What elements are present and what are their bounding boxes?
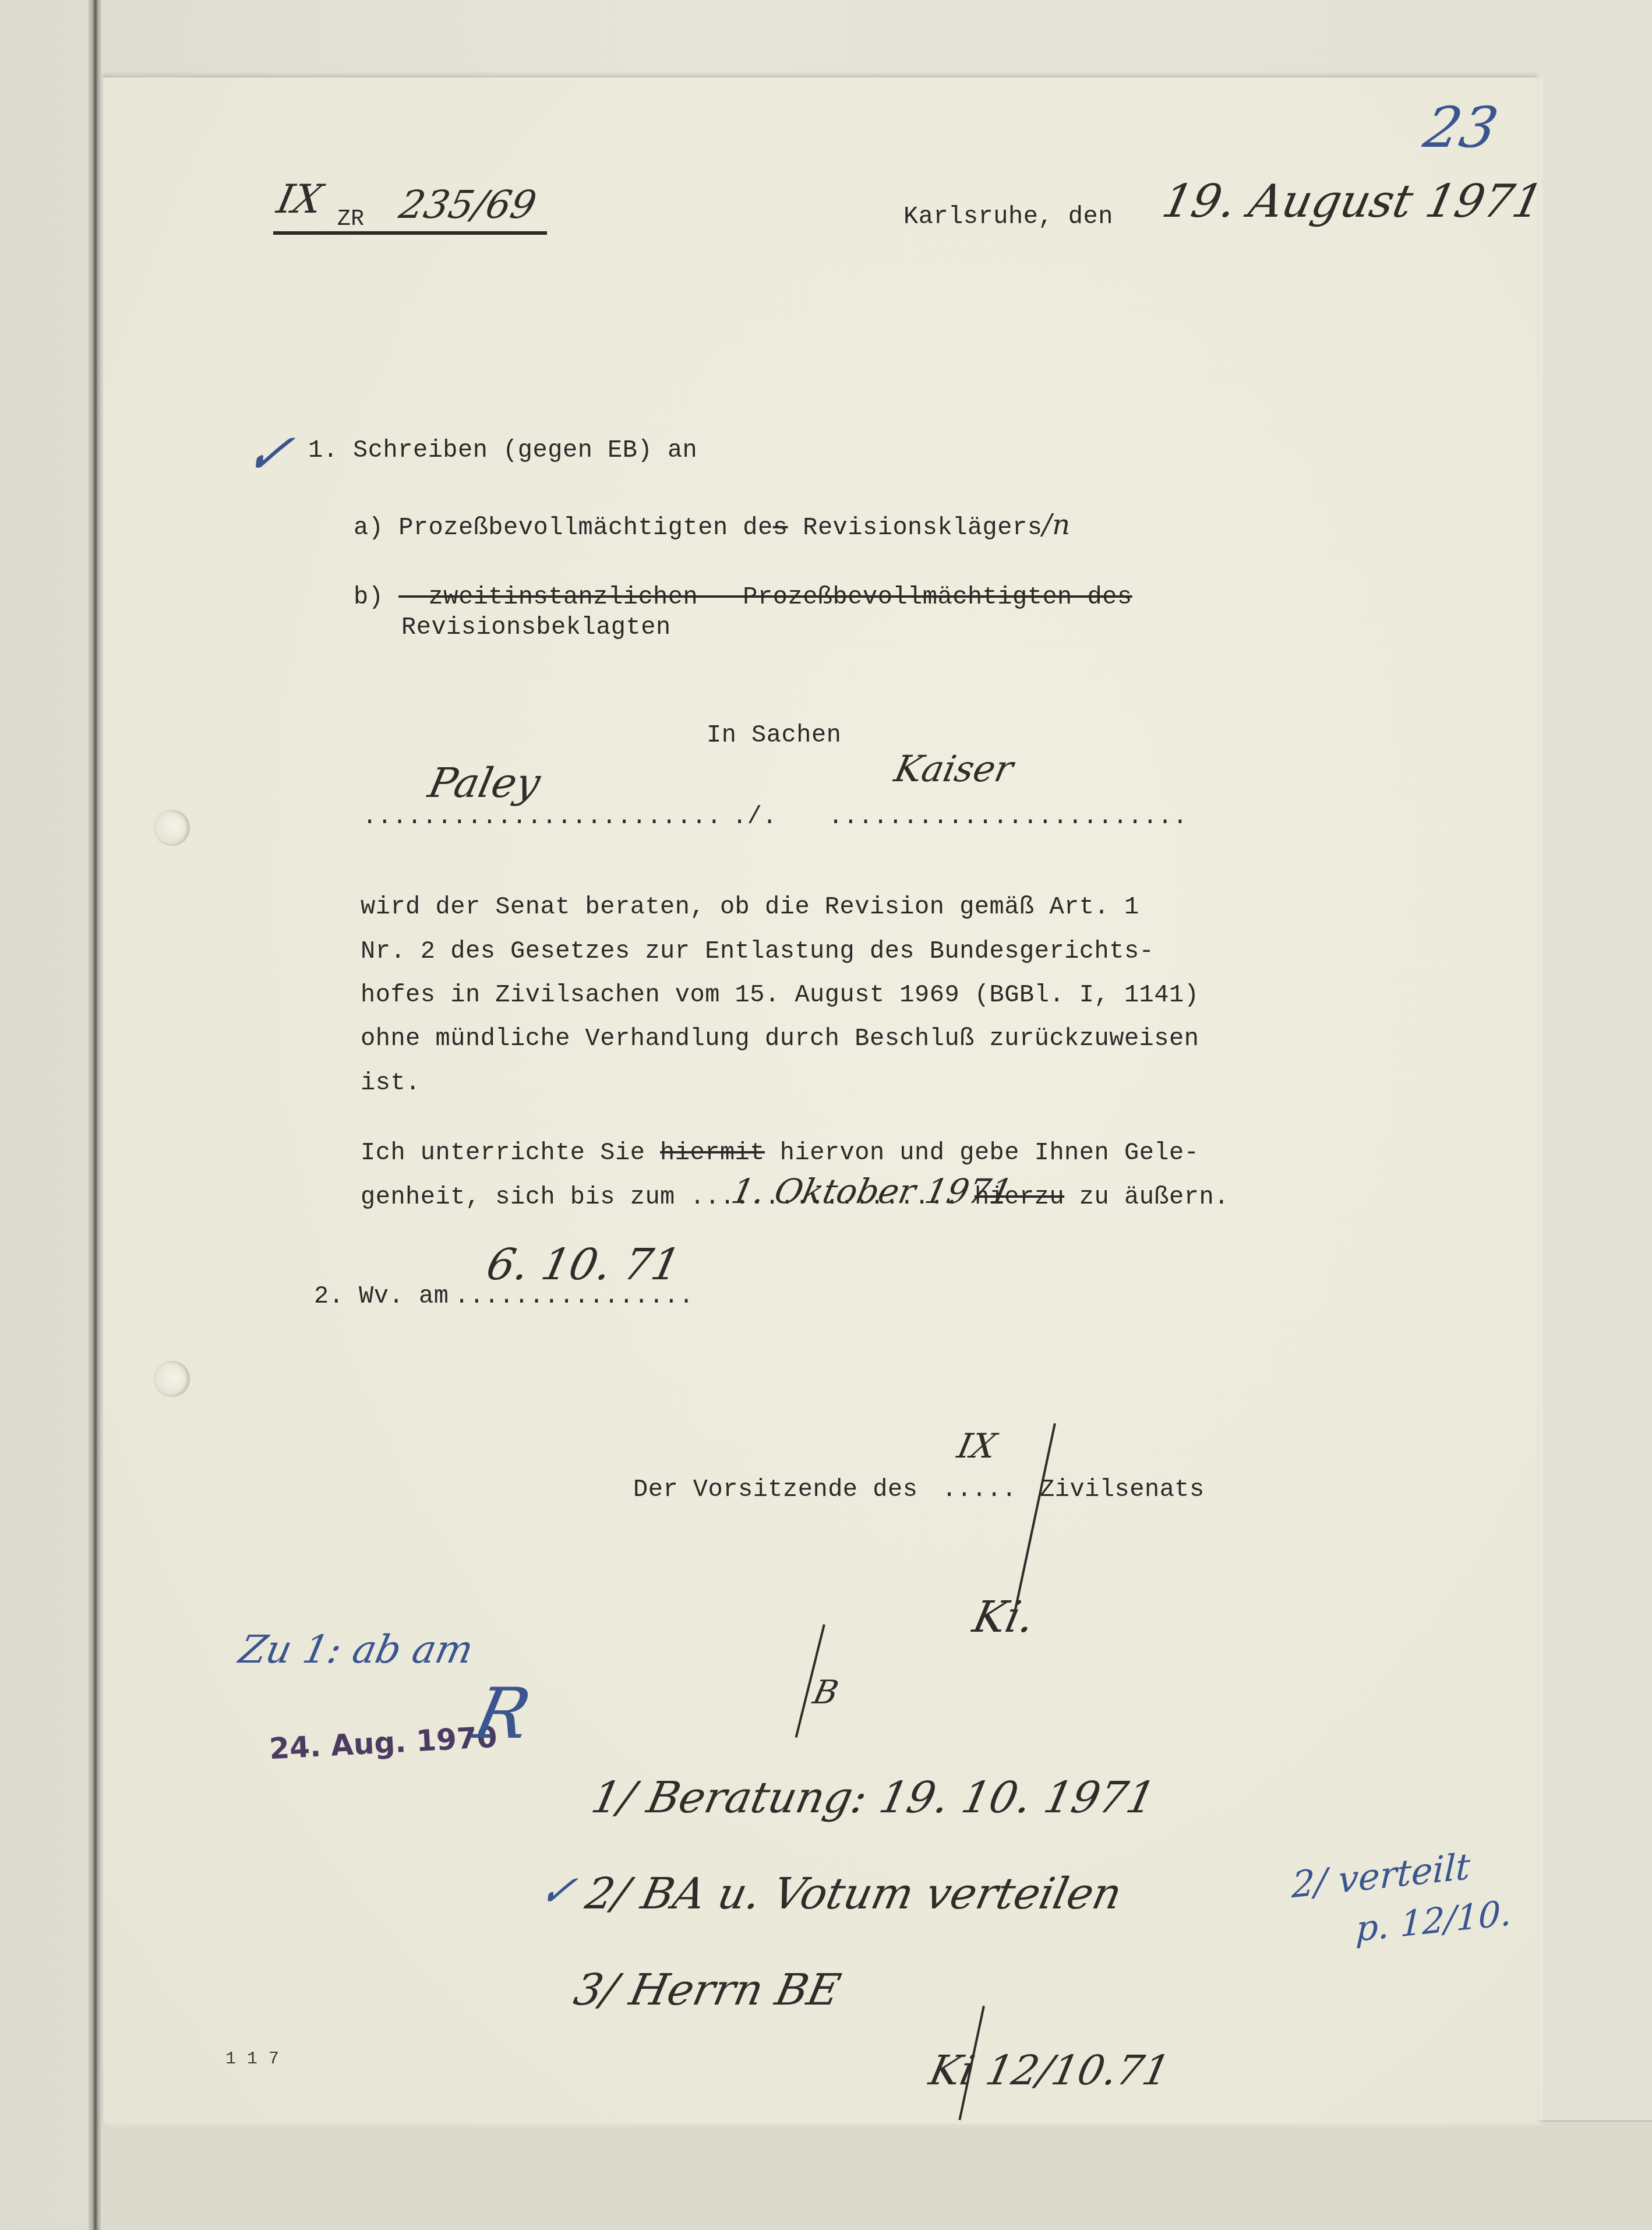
recipient-a: a) Prozeßbevollmächtigten des Revisionsk… (354, 509, 1071, 542)
struck-text: - zweitinstanzlichen - Prozeßbevollmächt… (398, 583, 1132, 611)
party-plaintiff: Paley (424, 759, 544, 807)
file-ref-number: 235/69 (396, 182, 541, 227)
check-icon: ✓ (239, 421, 299, 486)
initial-top: B (810, 1674, 842, 1712)
body-line: ohne mündliche Verhandlung durch Beschlu… (361, 1025, 1199, 1053)
party-defendant-dots: ........................ (828, 803, 1188, 831)
note-line-1: 1/ Beratung: 19. 10. 1971 (587, 1773, 1160, 1823)
note-check-icon: ✓ (535, 1866, 581, 1916)
signature-date: Ki 12/10.71 (925, 2046, 1174, 2094)
notice-line-2: genheit, sich bis zum ..................… (361, 1183, 1229, 1211)
punch-hole-bottom (154, 1361, 190, 1397)
item-1-label: 1. Schreiben (gegen EB) an (308, 436, 697, 464)
place-label: Karlsruhe, den (903, 203, 1113, 231)
versus-separator: ./. (732, 803, 777, 831)
underlying-sheet (103, 2120, 1652, 2230)
item-2-label: 2. Wv. am (314, 1282, 449, 1310)
letter-date: 19. August 1971 (1157, 175, 1547, 228)
file-ref-zr: ZR (337, 207, 365, 232)
senate-number: IX (954, 1426, 1000, 1466)
note-line-3: 3/ Herrn BE (570, 1965, 845, 2015)
margin-marks: 1 1 7 (225, 2049, 280, 2069)
party-plaintiff-dots: ........................ (362, 803, 722, 831)
body-line: Nr. 2 des Gesetzes zur Entlastung des Bu… (361, 937, 1154, 965)
file-ref-senate: IX (273, 177, 327, 223)
body-line: wird der Senat beraten, ob die Revision … (361, 893, 1139, 921)
received-stamp: 24. Aug. 1970 (269, 1720, 498, 1766)
struck-char: s (773, 514, 788, 542)
stamp-mark: R (467, 1674, 537, 1755)
recipient-b: b) - zweitinstanzlichen - Prozeßbevollmä… (354, 583, 1132, 611)
punch-hole-top (154, 810, 190, 846)
note-line-2: 2/ BA u. Votum verteilen (581, 1869, 1126, 1919)
senate-label: Zivilsenats (1040, 1476, 1205, 1504)
signature-stroke (1012, 1423, 1056, 1617)
handwritten-insert: /n (1042, 509, 1070, 541)
senate-dots: ..... (942, 1476, 1017, 1504)
chairman-initials: Ki. (969, 1592, 1039, 1642)
dispatch-note: Zu 1: ab am (235, 1627, 477, 1672)
notice-line-1: Ich unterrichte Sie hiermit hiervon und … (361, 1139, 1199, 1167)
chairman-label: Der Vorsitzende des (633, 1476, 917, 1504)
blue-note-line-2: p. 12/10. (1356, 1893, 1513, 1950)
binder-rail (89, 0, 101, 2230)
in-sachen-heading: In Sachen (707, 721, 841, 749)
recipient-b-text: Revisionsbeklagten (401, 613, 671, 641)
page-number: 23 (1418, 95, 1503, 160)
blue-note-line-1: 2/ verteilt (1291, 1845, 1471, 1907)
body-line: hofes in Zivilsachen vom 15. August 1969… (361, 981, 1199, 1009)
resubmission-date: 6. 10. 71 (482, 1240, 685, 1290)
file-ref-underline (273, 231, 547, 235)
body-line: ist. (361, 1069, 421, 1097)
party-defendant: Kaiser (891, 747, 1017, 790)
document-page: 23 IX ZR 235/69 Karlsruhe, den 19. Augus… (103, 77, 1537, 2123)
